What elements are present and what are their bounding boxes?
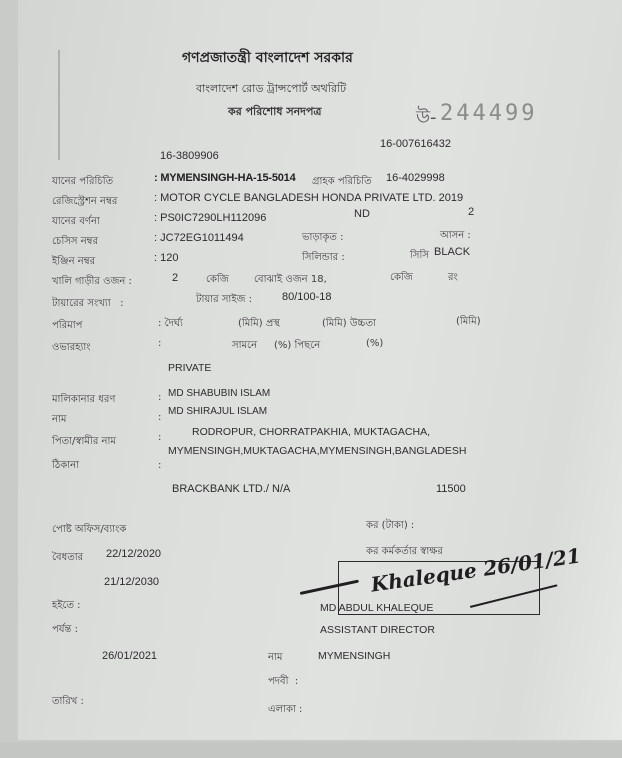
empty-weight-label: খালি গাড়ীর ওজন : — [52, 274, 132, 291]
tyre-count-label: টায়ারের সংখ্যা : — [52, 296, 124, 313]
ownership-colon: : — [158, 392, 161, 403]
date-label: তারিখ : — [52, 694, 84, 711]
government-title: গণপ্রজাতন্ত্রী বাংলাদেশ সরকার — [182, 46, 353, 70]
validity-expiry-date: 21/12/2030 — [104, 576, 159, 588]
address-label: ঠিকানা — [52, 458, 79, 475]
name-colon: : — [158, 412, 161, 423]
dimension-height-unit: (মিমি) — [456, 314, 481, 331]
serial-number: 244499 — [440, 101, 537, 126]
load-capacity-unit: কেজি — [390, 270, 413, 287]
to-label: পর্যন্ত : — [52, 622, 78, 639]
dimension-length: : দৈর্ঘ্য — [158, 316, 183, 333]
engine-value: : 120 — [154, 252, 178, 264]
registration-value: : MOTOR CYCLE BANGLADESH HONDA PRIVATE L… — [154, 192, 463, 204]
father-name-label: পিতা/স্বামীর নাম — [52, 434, 116, 451]
empty-weight-unit: কেজি — [206, 272, 229, 289]
background-surface — [0, 742, 622, 758]
cc-label: সিসি — [410, 248, 429, 265]
chassis-label: চেসিস নম্বর — [52, 234, 98, 251]
officer-name-label: নাম — [268, 650, 282, 667]
seats-label: আসন : — [440, 228, 471, 245]
tax-amount-label: কর (টাকা) : — [366, 518, 414, 535]
vehicle-id-value: : MYMENSINGH-HA-15-5014 — [154, 172, 296, 184]
top-number-left: 16-3809906 — [160, 150, 219, 162]
overhang-rear-unit: (%) — [366, 338, 383, 349]
customer-id-label: গ্রাহক পরিচিতি — [312, 174, 372, 191]
paper-crease — [58, 50, 60, 160]
address-line2: MYMENSINGH,MUKTAGACHA,MYMENSINGH,BANGLAD… — [168, 445, 467, 457]
officer-area-value: MYMENSINGH — [318, 650, 390, 662]
authority-name: বাংলাদেশ রোড ট্রান্সপোর্ট অথরিটি — [196, 80, 346, 99]
cc-value: BLACK — [434, 246, 470, 258]
address-line1: RODROPUR, CHORRATPAKHIA, MUKTAGACHA, — [192, 426, 430, 438]
from-label: হইতে : — [52, 598, 81, 615]
officer-designation-label: পদবী : — [268, 674, 298, 691]
engine-label: ইঞ্জিন নম্বর — [52, 254, 95, 271]
serial-prefix: উ- — [416, 103, 437, 134]
ownership-type-value: PRIVATE — [168, 362, 211, 374]
customer-id-value: 16-4029998 — [386, 172, 445, 184]
dimension-height: (মিমি) উচ্চতা — [322, 316, 376, 333]
officer-name-value: MD ABDUL KHALEQUE — [320, 602, 433, 614]
validity-label: বৈধতার — [52, 550, 83, 567]
hired-label: ভাড়াকৃত : — [302, 230, 343, 247]
tyre-size-label: টায়ার সাইজ : — [196, 292, 252, 309]
overhang-front-unit: (%) পিছনে — [274, 338, 320, 355]
dimensions-label: পরিমাপ — [52, 318, 82, 335]
owner-name-value: MD SHABUBIN ISLAM — [168, 388, 270, 399]
father-name-value: MD SHIRAJUL ISLAM — [168, 406, 267, 417]
registration-label: রেজিস্ট্রেশন নম্বর — [52, 194, 117, 211]
date-value: 26/01/2021 — [102, 650, 157, 662]
vehicle-desc-label: যানের বর্ণনা — [52, 214, 100, 231]
father-colon: : — [158, 432, 161, 443]
validity-issue-date: 22/12/2020 — [106, 548, 161, 560]
officer-designation-value: ASSISTANT DIRECTOR — [320, 624, 435, 636]
bank-label: পোষ্ট অফিস/ব্যাংক — [52, 522, 126, 539]
ownership-type-label: মালিকানার ধরণ — [52, 392, 115, 409]
nd-label: ND — [354, 208, 370, 220]
bank-value: BRACKBANK LTD./ N/A — [172, 483, 290, 495]
vehicle-desc-value: : PS0IC7290LH112096 — [154, 212, 266, 224]
officer-area-label: এলাকা : — [268, 702, 302, 719]
overhang-colon: : — [158, 338, 161, 349]
cylinder-label: সিলিন্ডার : — [302, 250, 345, 267]
vehicle-id-label: যানের পরিচিতি — [52, 174, 113, 191]
name-label: নাম — [52, 412, 66, 429]
address-colon: : — [158, 460, 161, 471]
certificate-title: কর পরিশোধ সনদপত্র — [228, 103, 322, 122]
overhang-front: সামনে — [232, 338, 257, 355]
tax-amount-value: 11500 — [436, 483, 466, 495]
tyre-size-value: 80/100-18 — [282, 291, 332, 303]
overhang-label: ওভারহ্যাং — [52, 340, 91, 357]
chassis-value: : JC72EG1011494 — [154, 232, 244, 244]
nd-value: 2 — [468, 206, 474, 218]
signature-label: কর কর্মকর্তার স্বাক্ষর — [366, 544, 443, 561]
empty-weight-value: 2 — [172, 272, 178, 284]
load-capacity-label: বোঝাই ওজন 18, — [254, 272, 327, 289]
dimension-width: (মিমি) প্রস্থ — [238, 316, 280, 333]
top-number-right: 16-007616432 — [380, 138, 451, 150]
color-label: রং — [448, 270, 458, 287]
